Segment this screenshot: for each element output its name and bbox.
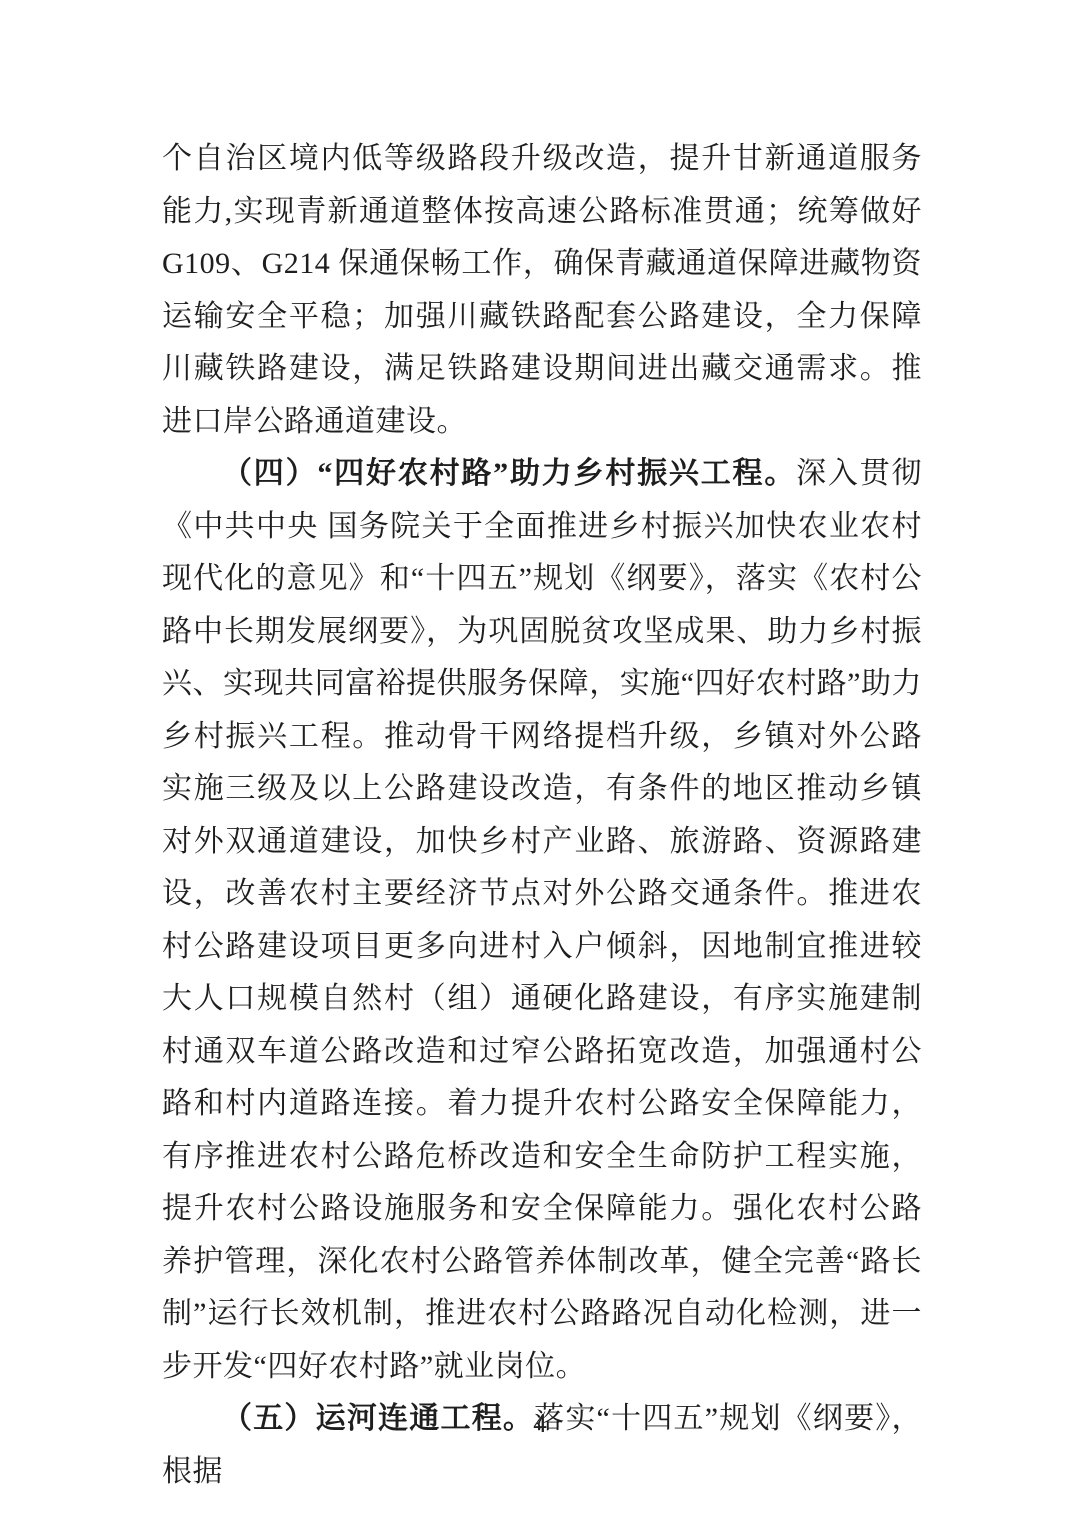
paragraph-text: 个自治区境内低等级路段升级改造，提升甘新通道服务能力,实现青新通道整体按高速公路… — [162, 142, 922, 438]
paragraph-heading: （四）“四好农村路”助力乡村振兴工程。 — [222, 457, 796, 490]
paragraph: 个自治区境内低等级路段升级改造，提升甘新通道服务能力,实现青新通道整体按高速公路… — [162, 133, 922, 448]
page-number: 4 — [0, 1406, 1080, 1440]
paragraph-text: 深入贯彻《中共中央 国务院关于全面推进乡村振兴加快农业农村现代化的意见》和“十四… — [162, 457, 922, 1383]
document-page: 个自治区境内低等级路段升级改造，提升甘新通道服务能力,实现青新通道整体按高速公路… — [0, 0, 1080, 1526]
paragraph: （四）“四好农村路”助力乡村振兴工程。深入贯彻《中共中央 国务院关于全面推进乡村… — [162, 448, 922, 1393]
document-body: 个自治区境内低等级路段升级改造，提升甘新通道服务能力,实现青新通道整体按高速公路… — [162, 133, 922, 1498]
